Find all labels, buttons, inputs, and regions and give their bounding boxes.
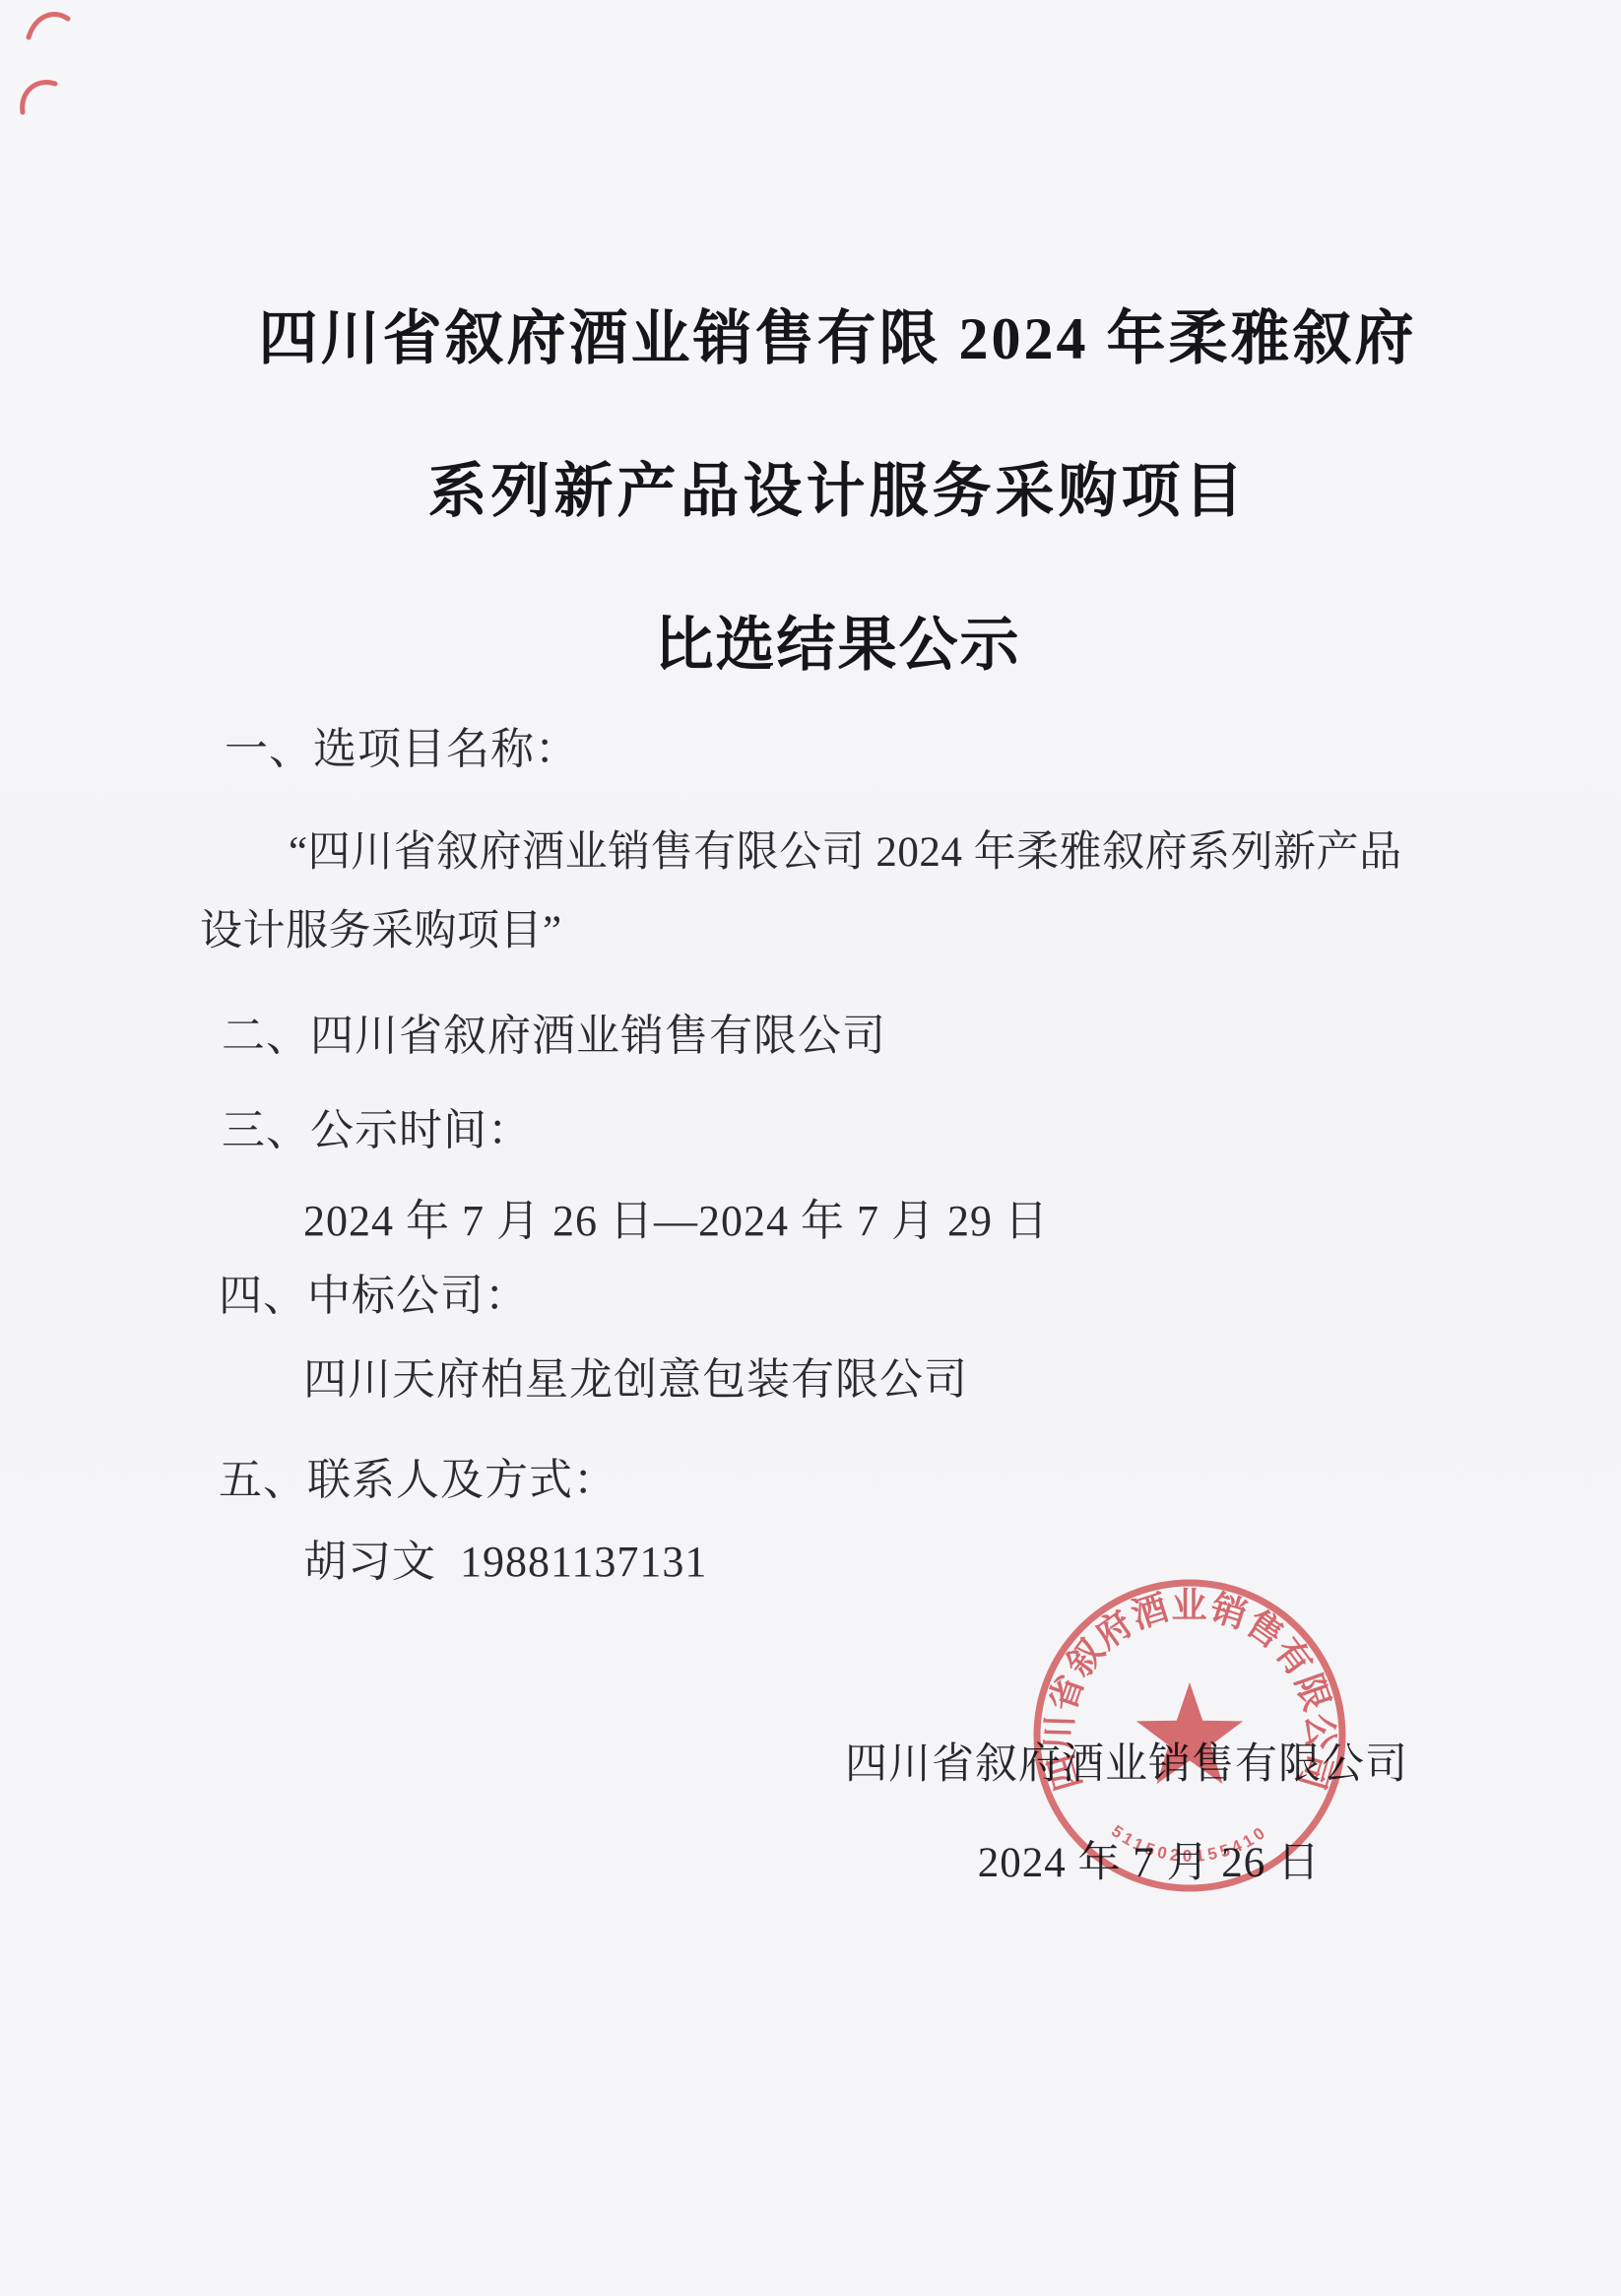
scanned-document-page: 四川省叙府酒业销售有限 2024 年柔雅叙府 系列新产品设计服务采购项目 比选结… — [0, 0, 1621, 2296]
scan-artifact-mark — [26, 6, 71, 47]
svg-text:5115020155410: 5115020155410 — [1108, 1821, 1271, 1866]
section-4-heading: 四、中标公司： — [219, 1260, 529, 1323]
section-1-body-line-2: 设计服务采购项目” — [200, 897, 562, 957]
section-2-heading: 二、四川省叙府酒业销售有限公司 — [222, 1000, 886, 1063]
section-3-body: 2024 年 7 月 26 日—2024 年 7 月 29 日 — [303, 1185, 1049, 1248]
seal-star-icon — [1136, 1682, 1243, 1784]
seal-serial-number: 5115020155410 — [1108, 1821, 1271, 1866]
document-title-line-3: 比选结果公示 — [54, 598, 1621, 683]
section-1-heading: 一、选项目名称： — [225, 713, 579, 776]
section-5-heading: 五、联系人及方式： — [219, 1444, 617, 1507]
document-title-line-1: 四川省叙府酒业销售有限 2024 年柔雅叙府 — [54, 292, 1621, 376]
section-5-body: 胡习文 19881137131 — [303, 1526, 707, 1589]
section-3-heading: 三、公示时间： — [222, 1094, 532, 1157]
scan-artifact-mark — [18, 73, 59, 118]
section-1-body-line-1: “四川省叙府酒业销售有限公司 2024 年柔雅叙府系列新产品 — [289, 819, 1402, 879]
company-seal: 四川省叙府酒业销售有限公司 5115020155410 — [1027, 1573, 1352, 1898]
section-4-body: 四川天府柏星龙创意包装有限公司 — [303, 1344, 968, 1407]
document-title-line-2: 系列新产品设计服务采购项目 — [54, 444, 1621, 529]
